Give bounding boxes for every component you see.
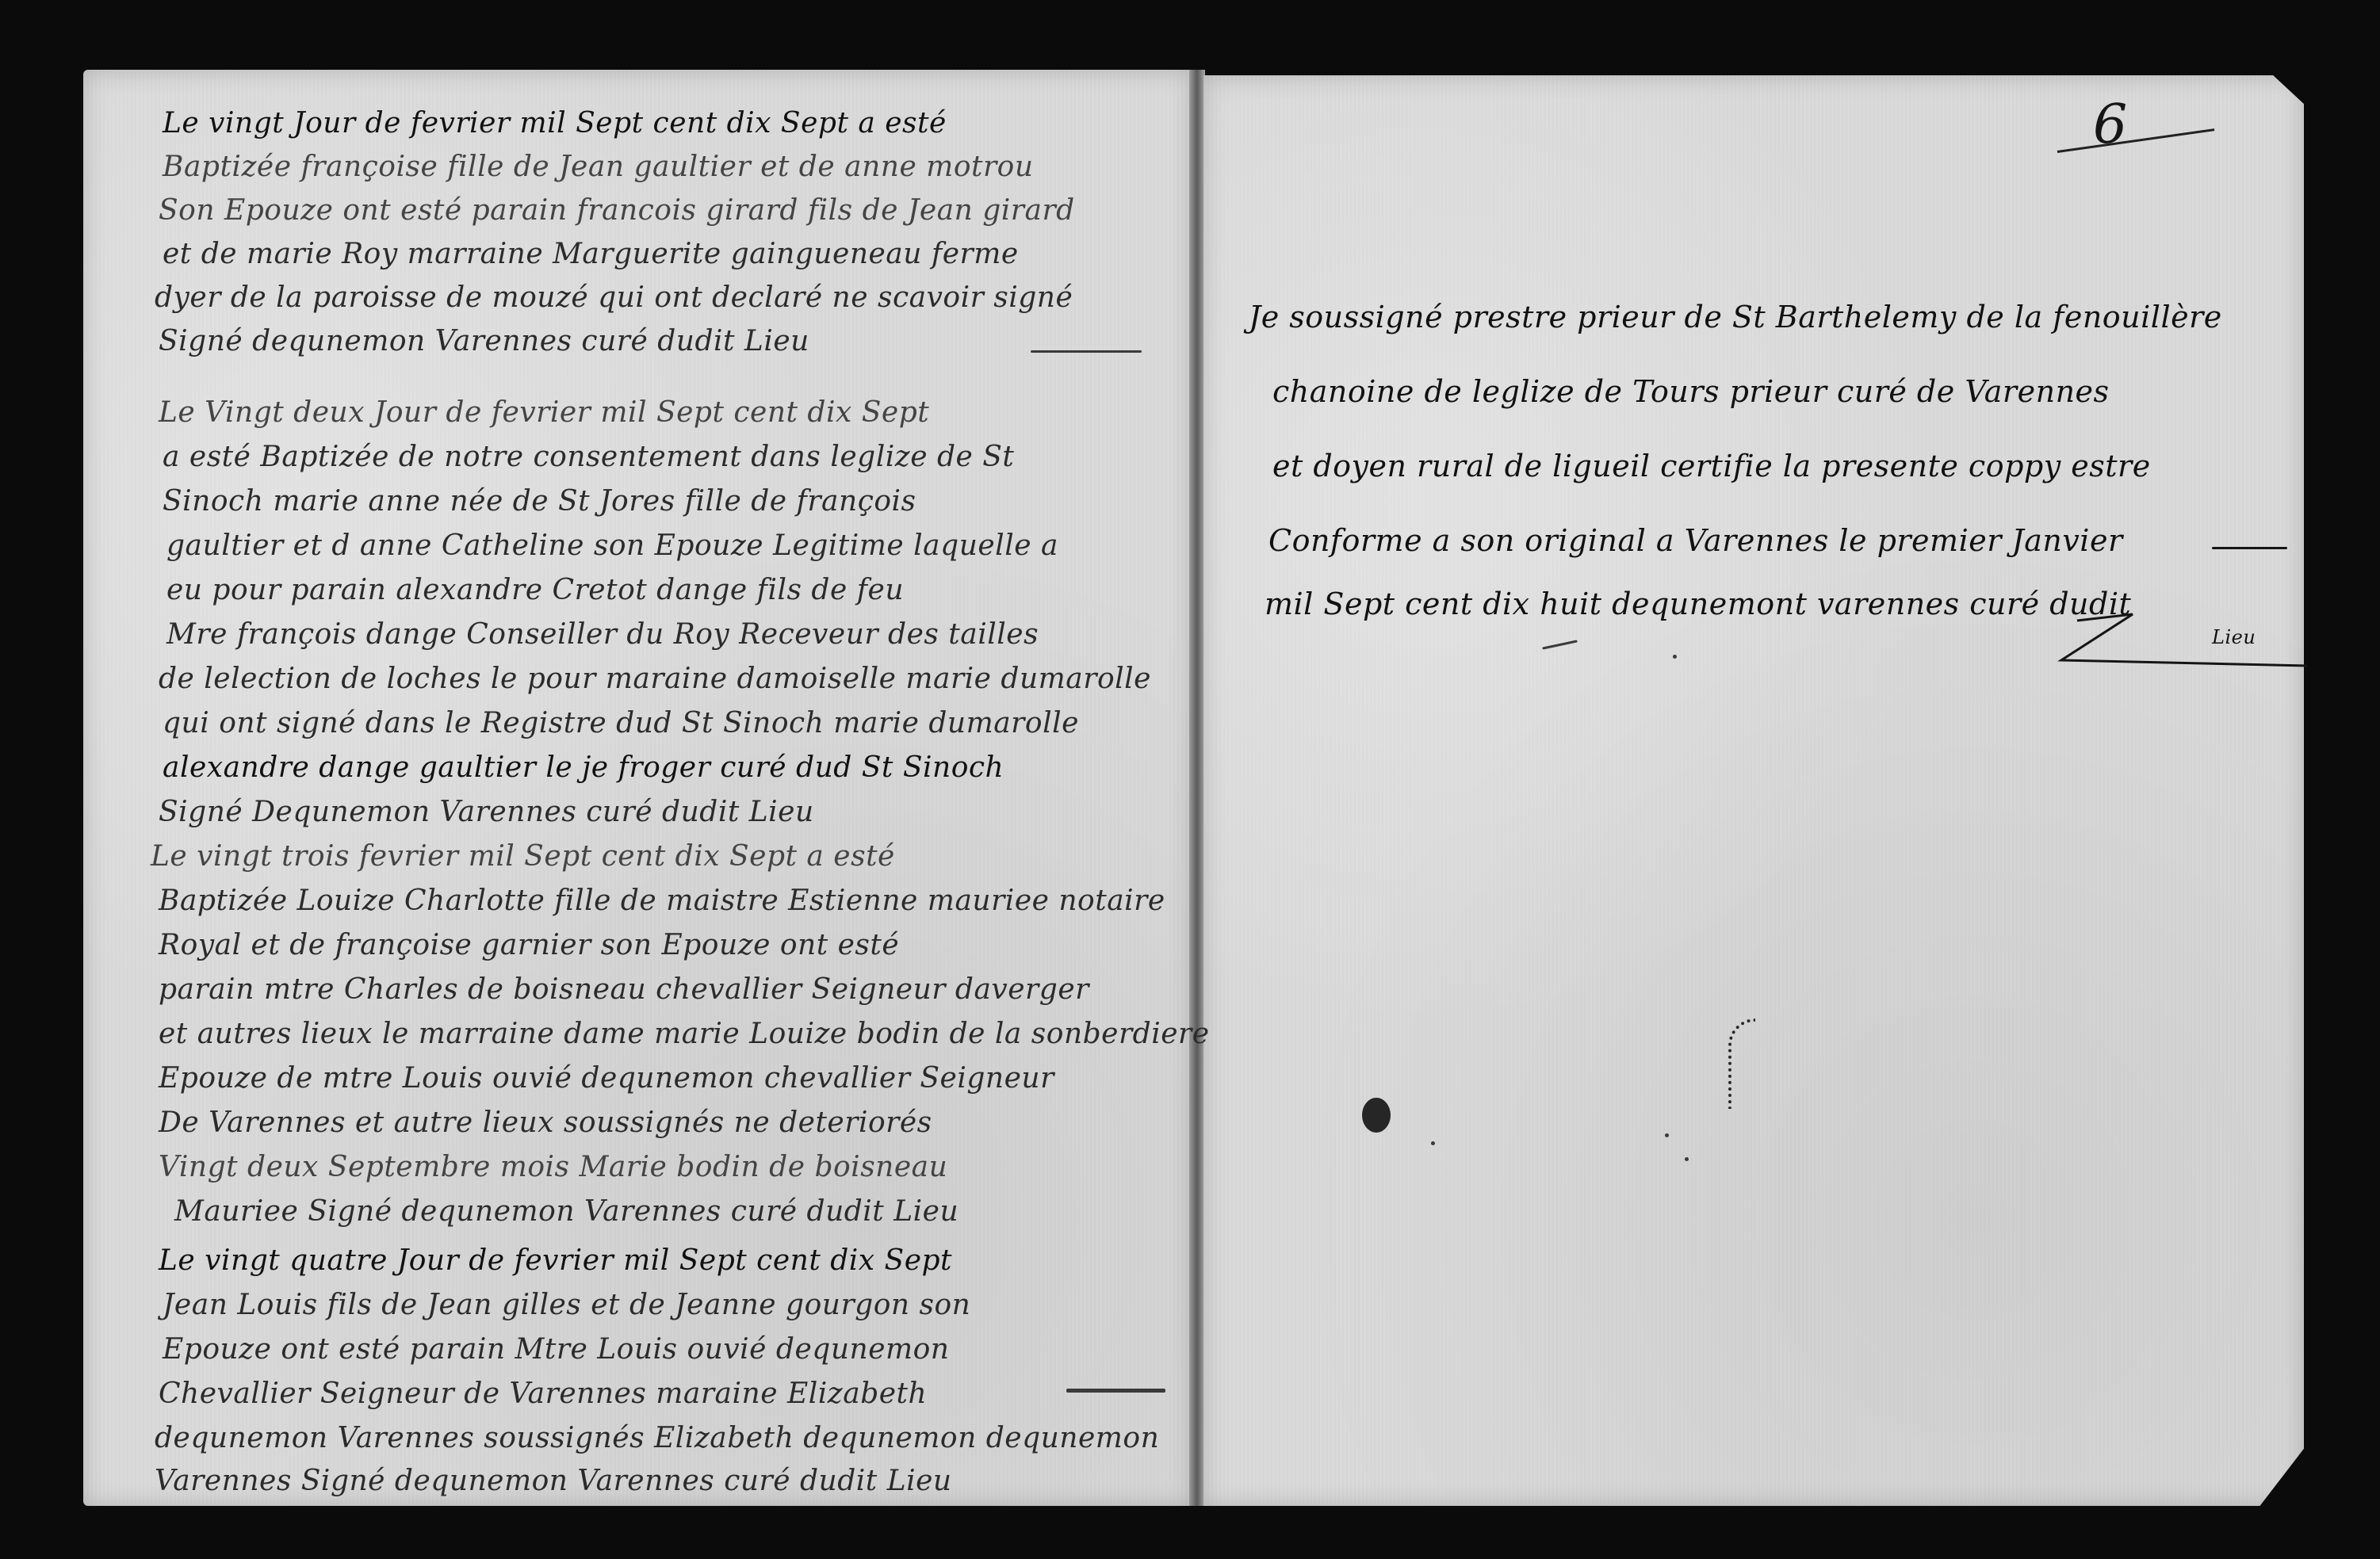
- ink-speck: [1665, 1133, 1669, 1137]
- left-line-19: Royal et de françoise garnier son Epouze…: [159, 929, 899, 961]
- left-line-20: parain mtre Charles de boisneau chevalli…: [159, 973, 1089, 1006]
- left-line-29: Chevallier Seigneur de Varennes maraine …: [159, 1377, 927, 1410]
- left-line-17: Le vingt trois fevrier mil Sept cent dix…: [151, 840, 895, 873]
- ink-blot: [1362, 1098, 1391, 1133]
- left-line-16: Signé Dequnemon Varennes curé dudit Lieu: [159, 796, 814, 828]
- left-line-9: Sinoch marie anne née de St Jores fille …: [163, 485, 916, 518]
- left-line-1: Le vingt Jour de fevrier mil Sept cent d…: [163, 107, 947, 139]
- left-line-24: Vingt deux Septembre mois Marie bodin de…: [159, 1151, 947, 1183]
- left-line-28: Epouze ont esté parain Mtre Louis ouvié …: [163, 1333, 950, 1366]
- left-line-5: dyer de la paroisse de mouzé qui ont dec…: [155, 281, 1073, 314]
- left-line-15: alexandre dange gaultier le je froger cu…: [163, 751, 1004, 784]
- left-line-22: Epouze de mtre Louis ouvié dequnemon che…: [159, 1062, 1054, 1095]
- line-end-stroke: [2212, 547, 2287, 549]
- right-line-3: et doyen rural de ligueil certifie la pr…: [1272, 449, 2151, 483]
- left-line-13: de lelection de loches le pour maraine d…: [159, 663, 1151, 695]
- left-line-2: Baptizée françoise fille de Jean gaultie…: [163, 151, 1034, 183]
- line-end-stroke: [1066, 1389, 1165, 1393]
- right-page: [1203, 75, 2304, 1506]
- left-line-14: qui ont signé dans le Registre dud St Si…: [163, 707, 1079, 739]
- left-line-26: Le vingt quatre Jour de fevrier mil Sept…: [159, 1244, 952, 1277]
- stray-ink-mark: [1728, 1018, 1755, 1109]
- line-end-stroke: [1031, 350, 1142, 353]
- book-spine: [1189, 70, 1205, 1506]
- left-line-4: et de marie Roy marraine Marguerite gain…: [163, 238, 1019, 270]
- left-line-7: Le Vingt deux Jour de fevrier mil Sept c…: [159, 396, 929, 429]
- ink-speck: [1685, 1157, 1689, 1161]
- left-line-6: Signé dequnemon Varennes curé dudit Lieu: [159, 325, 809, 357]
- ink-speck: [1431, 1141, 1435, 1145]
- right-line-4: Conforme a son original a Varennes le pr…: [1268, 523, 2123, 558]
- right-line-5: mil Sept cent dix huit dequnemont varenn…: [1265, 587, 2131, 621]
- signature-flourish: [2045, 559, 2315, 670]
- right-line-1: Je soussigné prestre prieur de St Barthe…: [1249, 300, 2222, 334]
- left-line-18: Baptizée Louize Charlotte fille de maist…: [159, 885, 1165, 917]
- left-line-3: Son Epouze ont esté parain francois gira…: [159, 194, 1075, 227]
- left-line-11: eu pour parain alexandre Cretot dange fi…: [166, 574, 904, 606]
- right-line-2: chanoine de leglize de Tours prieur curé…: [1272, 374, 2110, 409]
- left-line-30: dequnemon Varennes soussignés Elizabeth …: [155, 1422, 1159, 1454]
- ink-speck: [1673, 655, 1677, 659]
- left-line-23: De Varennes et autre lieux soussignés ne…: [159, 1106, 932, 1139]
- left-line-10: gaultier et d anne Catheline son Epouze …: [166, 529, 1058, 562]
- left-line-25: Mauriee Signé dequnemon Varennes curé du…: [174, 1195, 959, 1228]
- left-line-27: Jean Louis fils de Jean gilles et de Jea…: [163, 1289, 970, 1321]
- left-line-31: Varennes Signé dequnemon Varennes curé d…: [155, 1465, 952, 1497]
- left-line-21: et autres lieux le marraine dame marie L…: [159, 1018, 1210, 1050]
- left-line-8: a esté Baptizée de notre consentement da…: [163, 441, 1014, 473]
- left-line-12: Mre françois dange Conseiller du Roy Rec…: [166, 618, 1039, 651]
